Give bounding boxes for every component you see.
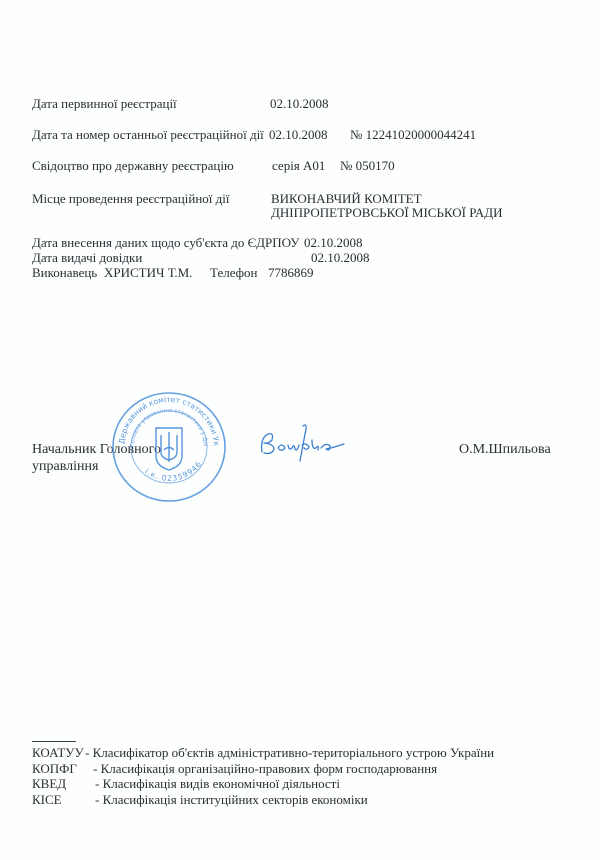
edrpou-entry-value: 02.10.2008 bbox=[304, 235, 363, 250]
place-label: Місце проведення реєстраційної дії bbox=[32, 191, 229, 206]
issue-date-label: Дата видачі довідки bbox=[32, 250, 142, 265]
handwritten-signature bbox=[258, 418, 348, 463]
position-line2: управління bbox=[32, 459, 98, 475]
place-line1: ВИКОНАВЧИЙ КОМІТЕТ bbox=[271, 191, 422, 206]
first-registration-label: Дата первинної реєстрації bbox=[32, 96, 177, 111]
place-line2: ДНІПРОПЕТРОВСЬКОЇ МІСЬКОЇ РАДИ bbox=[271, 205, 502, 220]
footnote-code: КІСЕ bbox=[32, 792, 62, 807]
footnote-code: КОПФГ bbox=[32, 761, 77, 776]
edrpou-entry-label: Дата внесення даних щодо суб'єкта до ЄДР… bbox=[32, 235, 300, 250]
certificate-series: серія А01 bbox=[272, 158, 325, 173]
phone-label: Телефон bbox=[210, 265, 258, 280]
executor-name: ХРИСТИЧ Т.М. bbox=[104, 265, 192, 280]
certificate-number: № 050170 bbox=[340, 158, 395, 173]
last-action-label: Дата та номер останньої реєстраційної ді… bbox=[32, 127, 264, 142]
signer-name: О.М.Шпильова bbox=[459, 442, 551, 458]
phone-value: 7786869 bbox=[268, 265, 314, 280]
certificate-label: Свідоцтво про державну реєстрацію bbox=[32, 158, 234, 173]
executor-label: Виконавець bbox=[32, 265, 97, 280]
last-action-number: № 12241020000044241 bbox=[350, 127, 476, 142]
footnote-code: КОАТУУ bbox=[32, 745, 84, 760]
footnote-divider bbox=[32, 741, 76, 742]
footnote-text: - Класифікатор об'єктів адміністративно-… bbox=[85, 745, 494, 760]
svg-text:і.к. 02359946: і.к. 02359946 bbox=[143, 459, 203, 483]
footnote-text: - Класифікація організаційно-правових фо… bbox=[93, 761, 437, 776]
last-action-date: 02.10.2008 bbox=[269, 127, 328, 142]
trident-icon bbox=[156, 428, 182, 470]
footnote-text: - Класифікація інституційних секторів ек… bbox=[95, 792, 368, 807]
footnote-code: КВЕД bbox=[32, 776, 66, 791]
official-stamp: Державний комітет статистики України Гол… bbox=[110, 390, 228, 504]
issue-date-value: 02.10.2008 bbox=[311, 250, 370, 265]
first-registration-value: 02.10.2008 bbox=[270, 96, 329, 111]
footnote-text: - Класифікація видів економічної діяльно… bbox=[95, 776, 340, 791]
